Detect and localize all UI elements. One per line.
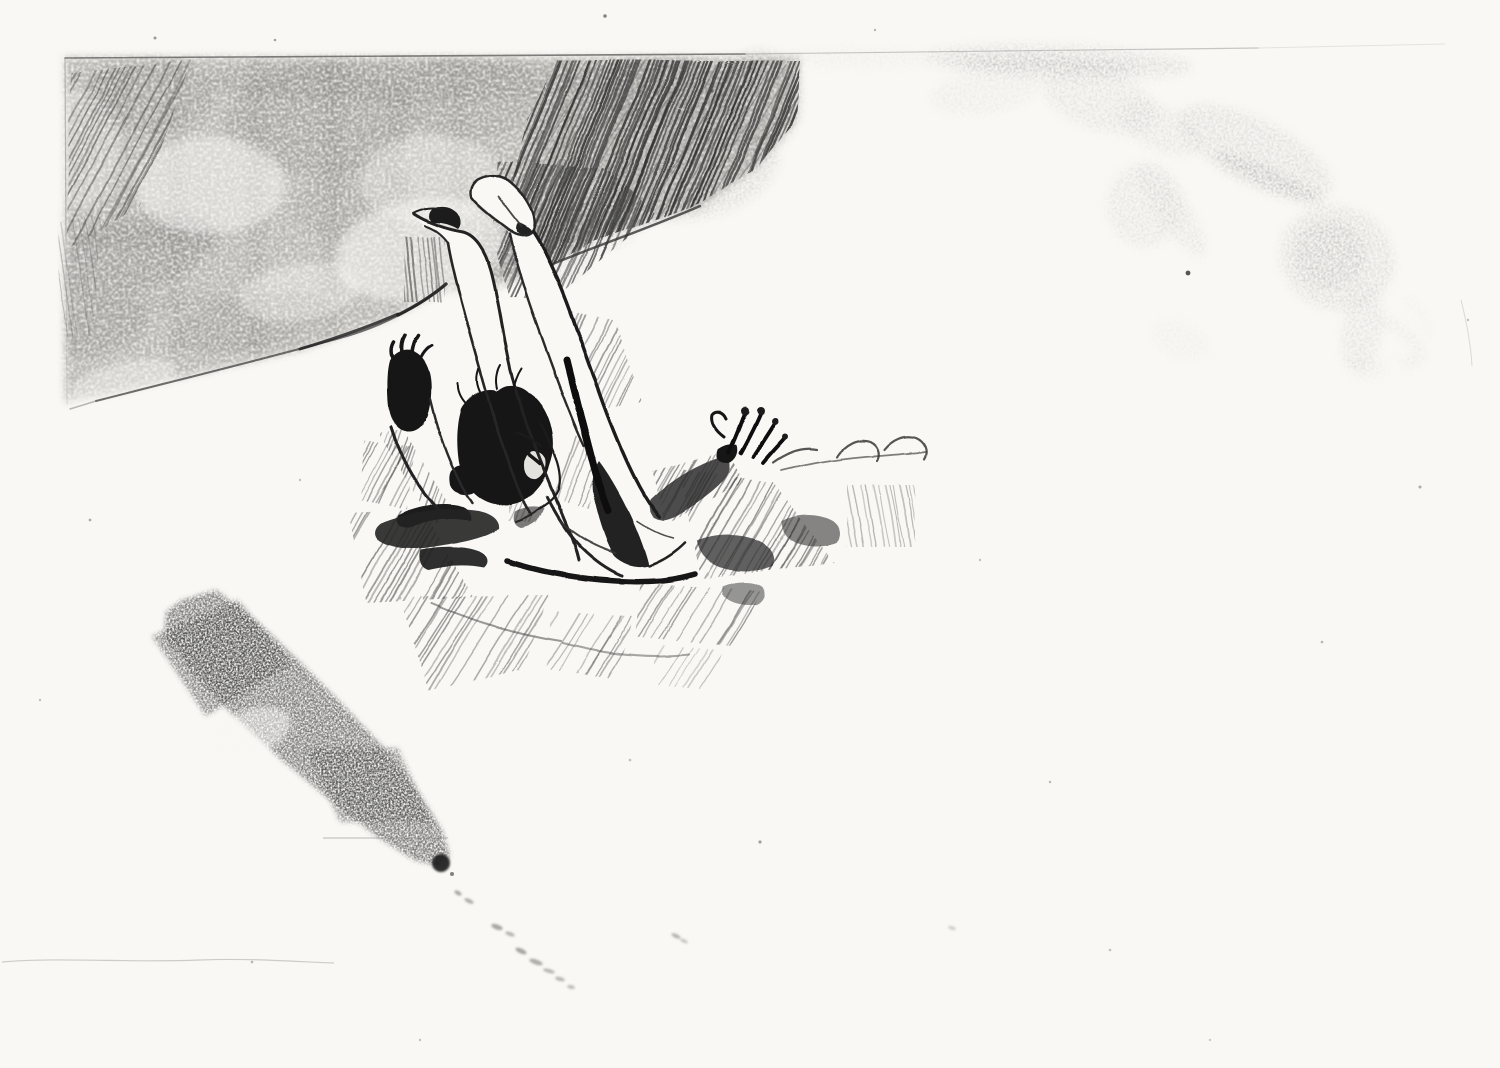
fingertip-dot (756, 406, 764, 414)
rock-ink-dot (432, 854, 450, 872)
monotype-print-artwork (0, 0, 1500, 1068)
fingertip-dot (740, 406, 748, 414)
fingertip-dot (781, 433, 787, 439)
left-hand-mass (386, 349, 430, 430)
fingertip-dot (771, 418, 778, 425)
artwork-canvas (0, 0, 1500, 1068)
